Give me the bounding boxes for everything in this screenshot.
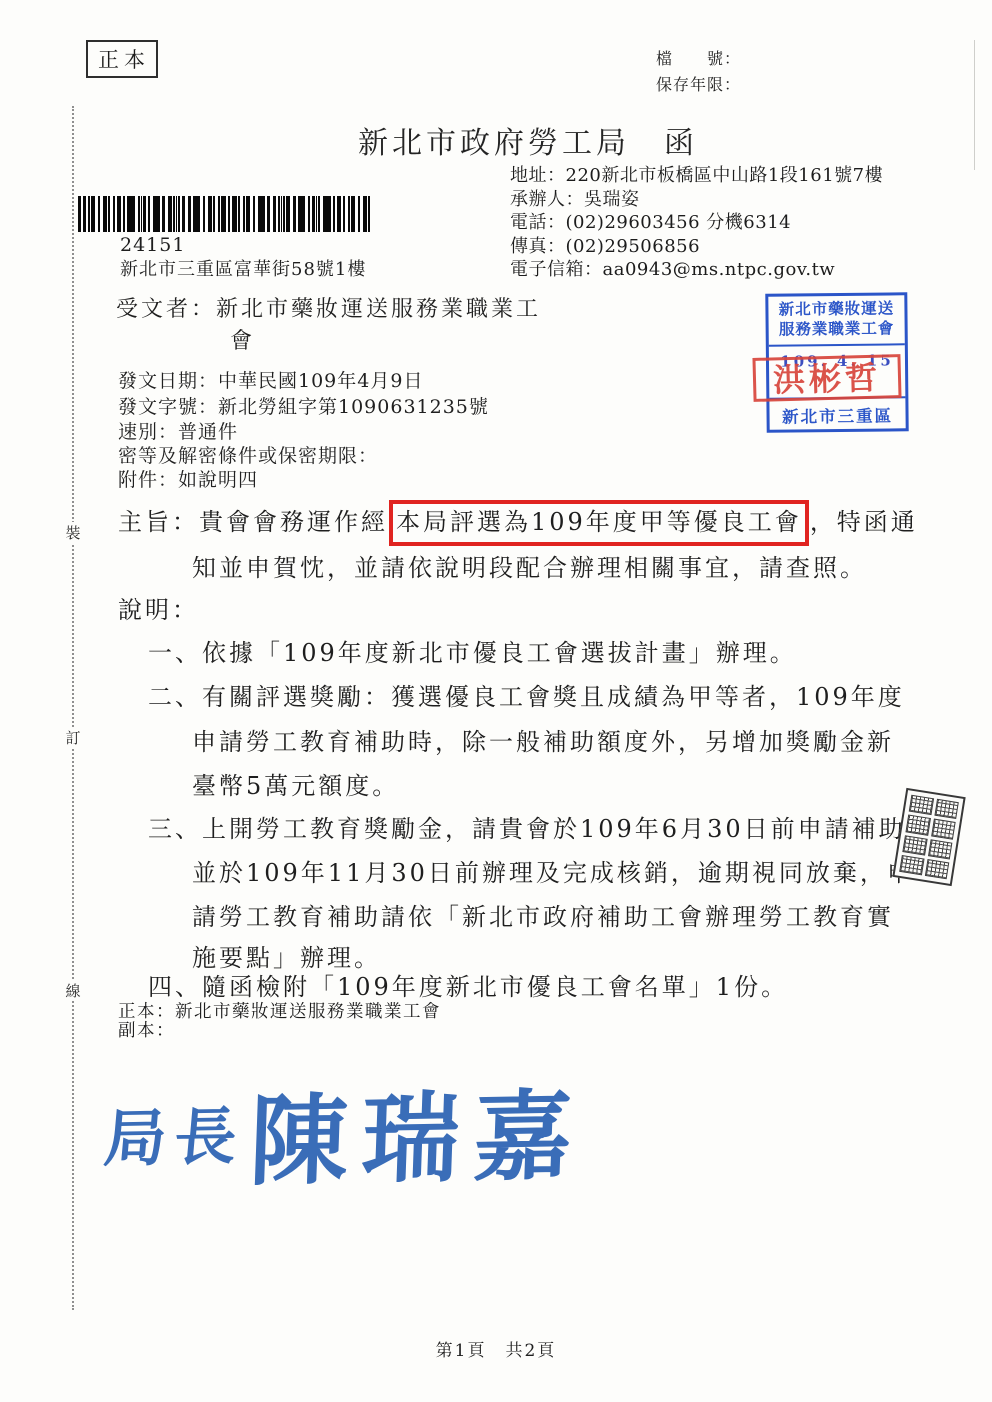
sender-contact-person: 承辦人：吳瑞姿 [510, 188, 883, 212]
sender-address: 地址：220新北市板橋區中山路1段161號7樓 [510, 164, 883, 188]
security-level: 密等及解密條件或保密期限： [118, 441, 378, 468]
subject-suffix: ，特函通 [810, 508, 918, 536]
subject-highlight-redbox: 本局評選為109年度甲等優良工會 [389, 500, 809, 546]
issue-date: 發文日期：中華民國109年4月9日 [118, 366, 423, 393]
subject-prefix: 主旨：貴會會務運作經 [118, 508, 388, 536]
director-name: 陳瑞嘉 [248, 1058, 589, 1205]
subject-line1: 主旨：貴會會務運作經本局評選為109年度甲等優良工會，特函通 [118, 502, 918, 537]
file-no-label: 檔 號： [656, 49, 741, 68]
stamp-district: 新北市三重區 [769, 402, 905, 427]
seal-glyph [924, 859, 949, 880]
seal-glyph [906, 815, 931, 836]
sender-fax: 傳真：(02)29506856 [510, 235, 883, 259]
copy-type-box: 正本 [86, 40, 158, 78]
binding-mark-xian: 線 [59, 980, 87, 1001]
seal-glyph [928, 839, 953, 860]
retention-label: 保存年限： [656, 75, 741, 94]
sender-phone: 電話：(02)29603456 分機6314 [510, 211, 883, 235]
stamp-divider-top [769, 343, 905, 346]
agency-seal-stamp [892, 788, 965, 886]
priority: 速別：普通件 [118, 417, 238, 444]
recipient-zipcode: 24151 [120, 234, 185, 256]
addressee-line1: 受文者：新北市藥妝運送服務業職業工 [116, 292, 541, 323]
binding-dotted-line [72, 106, 74, 1310]
explanation-item-3-line1: 三、上開勞工教育獎勵金，請貴會於109年6月30日前申請補助， [148, 809, 933, 844]
explanation-item-2-line1: 二、有關評選獎勵：獲選優良工會獎且成績為甲等者，109年度 [148, 677, 905, 712]
director-signature-stamp: 局長 陳瑞嘉 [104, 1058, 588, 1207]
seal-glyph [909, 795, 934, 816]
binding-mark-ding: 訂 [59, 727, 87, 748]
sender-contact-block: 地址：220新北市板橋區中山路1段161號7樓 承辦人：吳瑞姿 電話：(02)2… [510, 164, 883, 282]
scan-edge-artifact [974, 40, 975, 170]
seal-glyph [934, 799, 959, 820]
seal-glyph [902, 835, 927, 856]
document-title: 新北市政府勞工局 函 [358, 118, 698, 162]
explanation-item-2-line3: 臺幣5萬元額度。 [192, 766, 399, 801]
explanation-item-1: 一、依據「109年度新北市優良工會選拔計畫」辦理。 [148, 633, 797, 668]
explanation-label: 說明： [118, 590, 199, 625]
seal-glyph [931, 819, 956, 840]
red-signature-stamp: 洪彬哲 [752, 354, 901, 402]
explanation-item-2-line2: 申請勞工教育補助時，除一般補助額度外，另增加獎勵金新 [192, 722, 894, 757]
stamp-org-line1: 新北市藥妝運送 [768, 298, 904, 319]
distribution-copy: 副本： [118, 1017, 175, 1042]
file-number-block: 檔 號：保存年限： [656, 46, 741, 98]
addressee-line2: 會 [230, 324, 255, 355]
recipient-street-address: 新北市三重區富華街58號1樓 [120, 255, 366, 281]
doc-number: 發文字號：新北勞組字第1090631235號 [118, 392, 489, 419]
page-footer: 第1頁 共2頁 [0, 1336, 992, 1361]
mailing-barcode [78, 196, 370, 232]
director-title: 局長 [101, 1087, 249, 1179]
seal-glyph [899, 855, 924, 876]
scanned-official-letter: 裝 訂 線 正本 檔 號：保存年限： 新北市政府勞工局 函 地址：220新北市板… [0, 0, 992, 1402]
explanation-item-4: 四、隨函檢附「109年度新北市優良工會名單」1份。 [148, 967, 788, 1002]
attachment-note: 附件：如說明四 [118, 465, 258, 492]
stamp-org-name: 新北市藥妝運送 服務業職業工會 [768, 298, 904, 339]
binding-mark-zhuang: 裝 [59, 522, 87, 543]
sender-email: 電子信箱：aa0943@ms.ntpc.gov.tw [510, 258, 883, 282]
explanation-item-3-line2: 並於109年11月30日前辦理及完成核銷，逾期視同放棄，申 [192, 853, 914, 888]
subject-line2: 知並申賀忱，並請依說明段配合辦理相關事宜，請查照。 [192, 548, 867, 583]
explanation-item-3-line3: 請勞工教育補助請依「新北市政府補助工會辦理勞工教育實 [192, 897, 894, 932]
stamp-org-line2: 服務業職業工會 [769, 318, 905, 339]
